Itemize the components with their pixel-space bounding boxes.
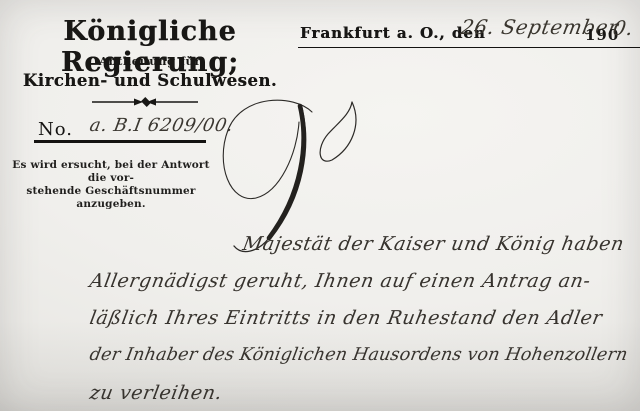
body-line-3: läßlich Ihres Eintritts in den Ruhestand… [88,307,604,329]
body-line-1: Majestät der Kaiser und König haben [241,233,626,255]
letter-page: Königliche Regierung; Abtheilung für Kir… [0,0,640,411]
authority-title: Königliche Regierung; [15,16,285,78]
body-line-5: zu verleihen. [88,382,224,404]
reference-note-line1: Es wird ersucht, bei der Antwort die vor… [6,159,216,185]
dateline-underline [298,47,640,48]
dateline-year-handwritten: 0. [611,16,636,40]
reference-note-line2: stehende Geschäftsnummer anzugeben. [6,185,216,211]
department-line2: Kirchen- und Schulwesen. [15,71,285,90]
reference-note: Es wird ersucht, bei der Antwort die vor… [6,159,216,211]
file-number-underline [34,140,206,143]
body-line-2: Allergnädigst geruht, Ihnen auf einen An… [88,270,593,292]
file-number-label: No. [38,119,73,140]
divider-ornament-icon [90,94,200,110]
dateline-place: Frankfurt a. O., den [300,24,486,42]
body-line-4: der Inhaber des Königlichen Hausordens v… [88,345,629,365]
department-line1: Abtheilung für [15,54,285,68]
